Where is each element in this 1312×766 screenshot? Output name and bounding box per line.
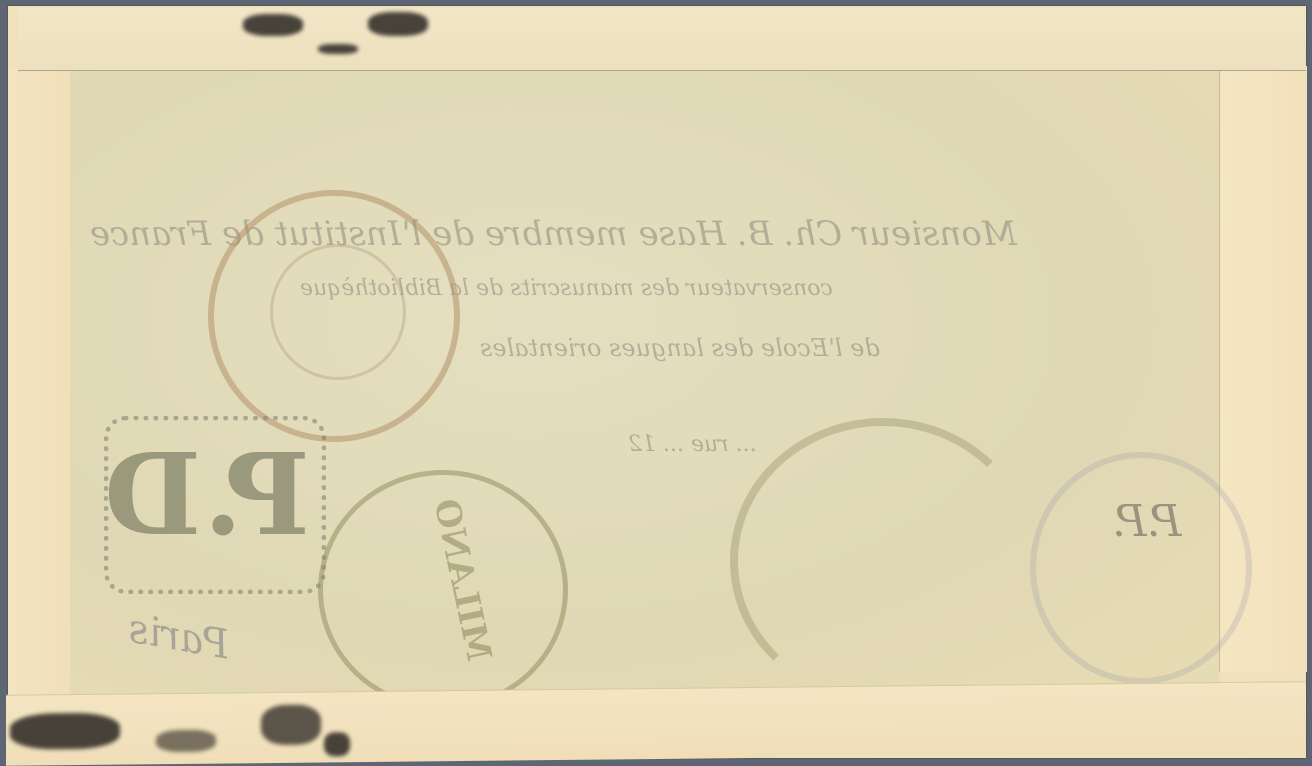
ink-stain xyxy=(324,732,350,756)
top-flap xyxy=(18,8,1306,71)
ink-stain xyxy=(368,12,428,36)
ink-stain xyxy=(243,14,303,36)
ink-stain xyxy=(318,44,358,54)
ink-stain xyxy=(156,730,216,753)
faded-postmark-arc xyxy=(730,418,1036,704)
left-side-flap xyxy=(8,68,71,718)
red-postmark-inner-ring xyxy=(270,244,406,380)
bottom-flap xyxy=(6,681,1306,766)
address-line-4: ... rue ... 12 xyxy=(628,432,757,457)
ink-stain xyxy=(261,705,321,746)
pd-marking-text: P.D xyxy=(130,430,310,561)
faded-blue-postmark xyxy=(1030,452,1252,684)
ink-stain xyxy=(10,713,120,750)
manuscript-pp-note: P.P. xyxy=(1112,496,1181,547)
address-line-3: de l'Ecole des langues orientales xyxy=(480,334,880,362)
